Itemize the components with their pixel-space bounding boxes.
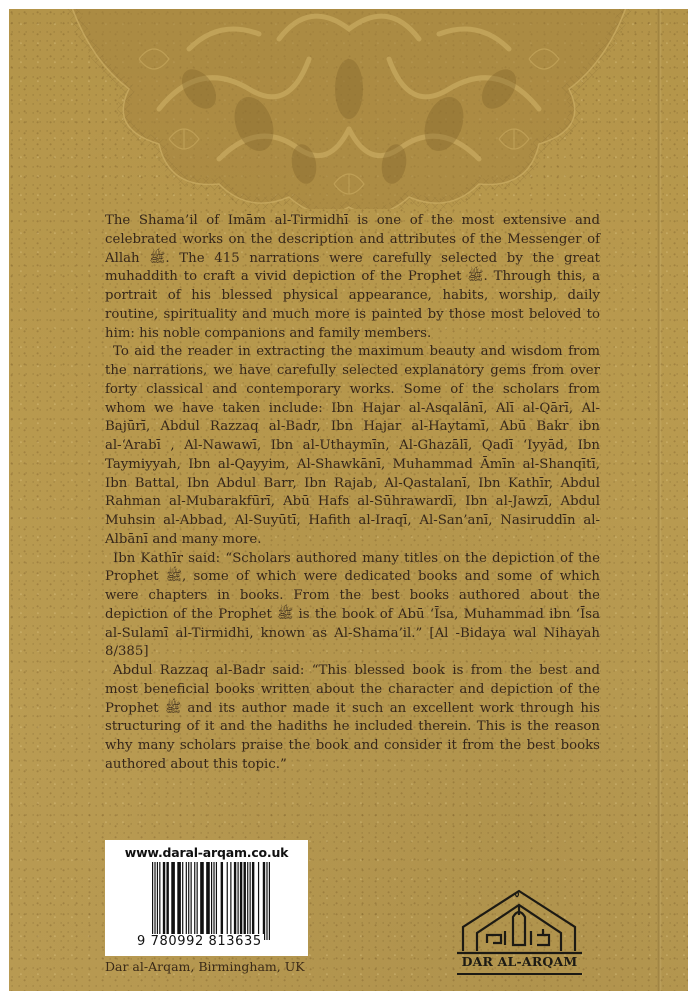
publisher-logo-text: DAR AL-ARQAM: [457, 954, 582, 969]
publisher-location: Dar al-Arqam, Birmingham, UK: [105, 959, 305, 974]
isbn-barcode: www.daral-arqam.co.uk 9 780992 813635: [105, 840, 308, 956]
book-back-cover: The Shama’il of Imām al-Tirmidhī is one …: [9, 9, 688, 991]
blurb-paragraph: Ibn Kathīr said: “Scholars authored many…: [105, 550, 600, 663]
arabesque-ornament-icon: [49, 9, 649, 209]
barcode-icon: [152, 862, 270, 940]
spine-hinge: [657, 9, 662, 991]
house-arch-calligraphy-icon: [457, 887, 582, 955]
logo-underline: [457, 973, 582, 975]
publisher-logo: DAR AL-ARQAM: [457, 887, 582, 987]
blurb-paragraph: To aid the reader in extracting the maxi…: [105, 343, 600, 549]
back-cover-blurb: The Shama’il of Imām al-Tirmidhī is one …: [105, 212, 600, 775]
blurb-paragraph: The Shama’il of Imām al-Tirmidhī is one …: [105, 212, 600, 343]
publisher-website: www.daral-arqam.co.uk: [105, 845, 308, 860]
blurb-paragraph: Abdul Razzaq al-Badr said: “This blessed…: [105, 662, 600, 775]
isbn-number: 9 780992 813635: [135, 934, 264, 949]
